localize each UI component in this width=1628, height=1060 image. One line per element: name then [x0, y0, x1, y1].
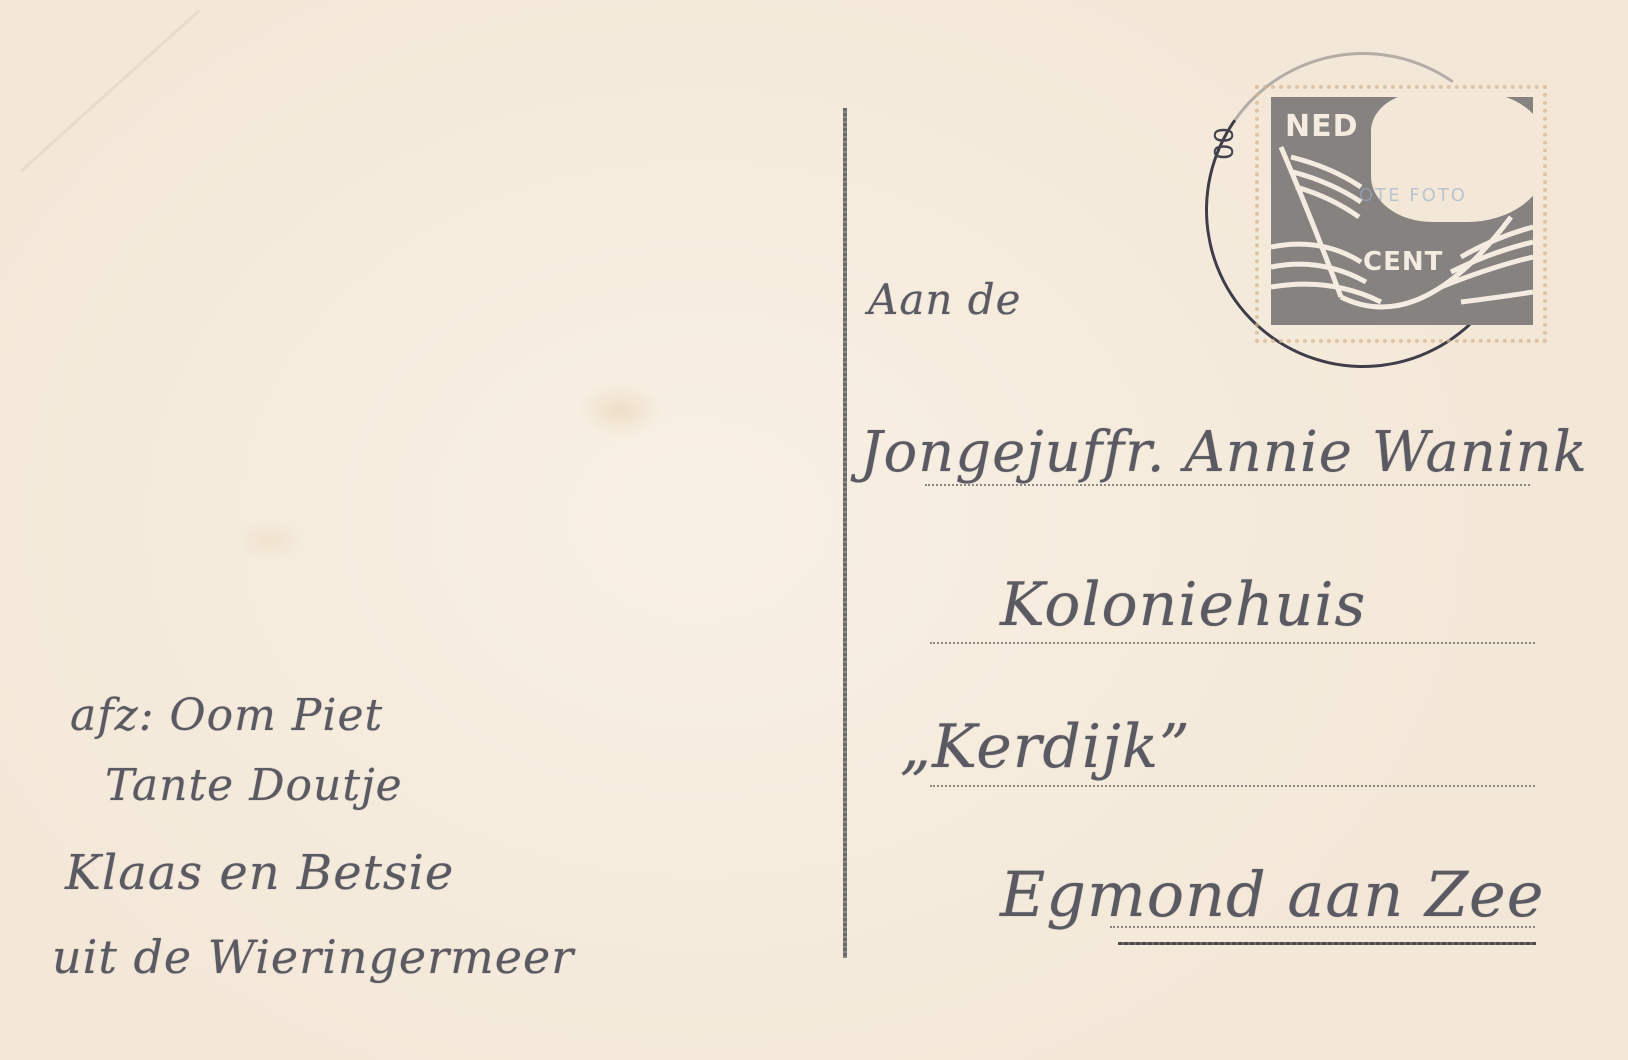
postmark-text: 00: [1210, 127, 1240, 160]
sender-line-4: uit de Wieringermeer: [52, 930, 574, 984]
address-street: „Kerdijk”: [900, 712, 1191, 782]
stamp-value-text: CENT: [1363, 247, 1443, 277]
sender-line-3: Klaas en Betsie: [65, 845, 454, 901]
address-city: Egmond aan Zee: [1000, 858, 1544, 931]
address-line-2-rule: [930, 642, 1535, 644]
address-underline: [1118, 942, 1536, 945]
stamp-face: NED OTE FOTO CENT: [1271, 97, 1533, 325]
address-building: Koloniehuis: [1000, 570, 1366, 640]
sender-line-1: afz: Oom Piet: [70, 690, 383, 741]
address-recipient-name: Jongejuffr. Annie Wanink: [860, 420, 1588, 485]
address-line-3-rule: [930, 785, 1535, 787]
address-salutation: Aan de: [868, 275, 1022, 324]
stamp-overprint-text: OTE FOTO: [1359, 185, 1467, 206]
stamp-country-text: NED: [1285, 109, 1359, 144]
center-divider-line: [843, 108, 847, 958]
paper-crease: [20, 9, 200, 172]
postcard-back: 00 NED: [0, 0, 1628, 1060]
sender-line-2: Tante Doutje: [105, 760, 403, 811]
postage-stamp: NED OTE FOTO CENT: [1255, 85, 1555, 350]
